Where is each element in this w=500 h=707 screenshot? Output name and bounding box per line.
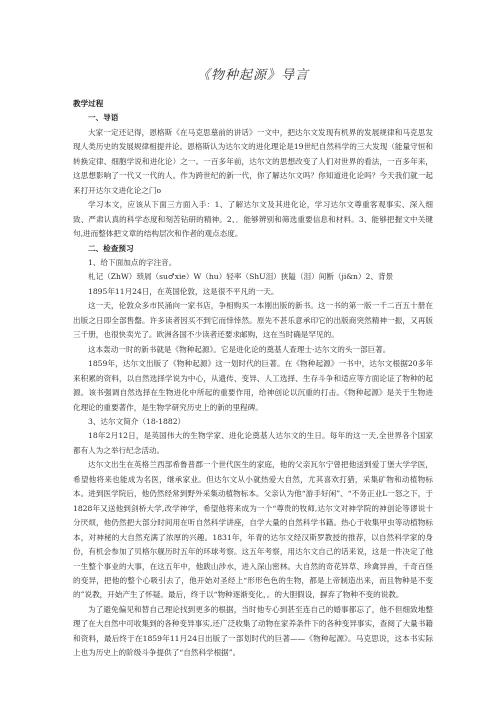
paragraph-background-1: 这一天，伦敦众多市民涌向一家书店，争相购买一本刚出版的新书。这一书的第一版一千二… [73, 299, 433, 342]
paragraph-intro-1: 大家一定还记得，恩格斯《在马克思墓前的讲话》一文中，把达尔文发现有机界的发展规律… [73, 126, 433, 198]
document-title: 《物种起源》导言 [73, 64, 433, 83]
preview-item-pinyin: 札记（ZhW）琐屑（su♂xie）W（hu）轻率（ShU泪）狭隘（泪）间断（ji… [73, 270, 433, 284]
section-heading-preview: 二、检查预习 [73, 242, 433, 256]
paragraph-intro-2: 学习本文，应该从下面三方面入手：1、了解达尔文及其进化论，学习达尔文尊重客观事实… [73, 198, 433, 241]
document-body: 教学过程 一、导语 大家一定还记得，恩格斯《在马克思墓前的讲话》一文中，把达尔文… [73, 97, 433, 661]
paragraph-bio-1: 18年2月12日，是英国伟大的生物学家、进化论奠基人达尔文的生日。每年的这一天,… [73, 429, 433, 458]
preview-item-date: 1895年11月24日，在英国伦敦，这是很不平凡的一天。 [73, 285, 433, 299]
section-heading-intro: 一、导语 [73, 111, 433, 125]
paragraph-background-3: 1859年，达尔文出版了《物种起源》这一划时代的巨著。在《物种起源》一书中，达尔… [73, 357, 433, 415]
preview-item-1: 1、给下面加点的字注音。 [73, 256, 433, 270]
subheading-darwin-bio: 3、达尔文简介（18-1882） [73, 415, 433, 429]
paragraph-bio-2: 达尔文出生在英格兰西部希鲁普郡一个世代医生的家庭，他的父亲瓦尔宁曾把他送到爱丁堡… [73, 458, 433, 603]
paragraph-background-2: 这本轰动一时的新书就是《物种起源》。它是进化论的奠基人查理士·达尔文的头一部巨著… [73, 343, 433, 357]
paragraph-bio-3: 为了避免偏见和替自己理论找到更多的根据，当时他专心到甚至连自己的婚事都忘了，他不… [73, 603, 433, 661]
heading-teaching-process: 教学过程 [73, 97, 433, 111]
